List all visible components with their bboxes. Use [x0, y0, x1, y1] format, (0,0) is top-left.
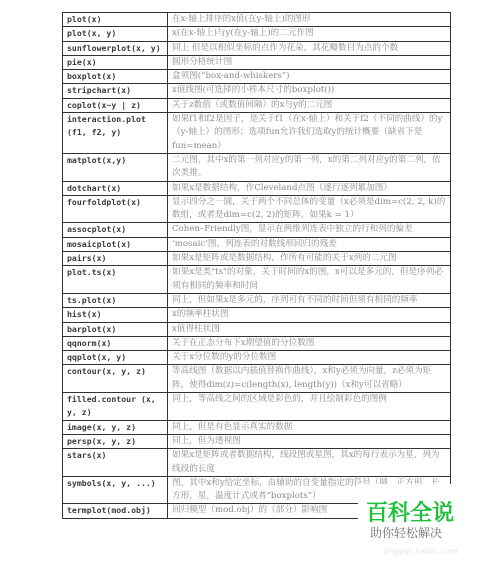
function-signature-cell: filled.contour (x, y, z) [63, 393, 168, 421]
table-row: dotchart(x)如果x是数据结构，作Cleveland点图（逐行逐列累加图… [63, 181, 451, 195]
table-row: boxplot(x)盒须图(“box-and-whiskers”) [63, 70, 451, 84]
function-signature-cell: persp(x, y, z) [63, 434, 168, 448]
function-signature-cell: boxplot(x) [63, 70, 168, 84]
watermark-title: 百科全说 [366, 496, 454, 527]
function-description-cell: 如果x是数据结构，作Cleveland点图（逐行逐列累加图） [168, 181, 451, 195]
function-signature-cell: termplot(mod.obj) [63, 504, 168, 518]
function-description-cell: 显示四分之一圆，关于两个不同总体的变量（x必须是dim=c(2, 2, k)的数… [168, 195, 451, 223]
table-row: interaction.plot (f1, f2, y)如果f1和f2是因子，是… [63, 113, 451, 154]
function-signature-cell: stripchart(x) [63, 84, 168, 98]
function-description-cell: 关于z数值（或数值间隔）的x与y的二元图 [168, 98, 451, 112]
function-signature-cell: plot.ts(x) [63, 266, 168, 294]
table-row: plot(x)在x-轴上排序的x值(在y-轴上)的图形 [63, 13, 451, 27]
table-row: matplot(x,y)二元图，其中x的第一列对应y的第一列，x的第二列对应y的… [63, 153, 451, 181]
function-signature-cell: plot(x) [63, 13, 168, 27]
function-signature-cell: ts.plot(x) [63, 293, 168, 307]
function-description-cell: Cohen–Friendly图，显示在两维列连表中独立的行和列的偏差 [168, 223, 451, 237]
function-signature-cell: stars(x) [63, 449, 168, 477]
function-description-cell: ‘mosaic’图，列连表的对数线形回归的残差 [168, 237, 451, 251]
table-row: barplot(x)x值得柱状图 [63, 322, 451, 336]
function-description-cell: 如果x是矩阵或是数据结构，作所有可能的关于x列的二元图 [168, 252, 451, 266]
function-description-cell: 同上，但如果x是多元的，序列可有不同的时间但须有相同的频率 [168, 293, 451, 307]
watermark-subtitle: 助你轻松解决 [370, 524, 442, 541]
function-signature-cell: sunflowerplot(x, y) [63, 41, 168, 55]
function-description-cell: 如果x是类"ts"的对象，关于时间的x的图，x可以是多元的，但是序列必须有相同的… [168, 266, 451, 294]
function-signature-cell: matplot(x,y) [63, 153, 168, 181]
function-description-cell: 等高线图（数据以内插值替换作曲线），x和y必须为向量，z必须为矩阵，使得dim(… [168, 365, 451, 393]
function-signature-cell: pie(x) [63, 55, 168, 69]
function-description-cell: 同上，但为透视图 [168, 434, 451, 448]
function-signature-cell: barplot(x) [63, 322, 168, 336]
table-row: qqplot(x, y)关于x分位数的y的分位数图 [63, 351, 451, 365]
function-signature-cell: pairs(x) [63, 252, 168, 266]
function-description-cell: x值线图(可选择的小样本尺寸的boxplot()) [168, 84, 451, 98]
function-description-cell: 如果f1和f2是因子，是关于f1（在x-轴上）和关于f2（不同的曲线）的y（y-… [168, 113, 451, 154]
watermark-url: jingyan.baidu.com [384, 547, 458, 556]
function-description-cell: 同上，等高线之间的区域是彩色的，并且绘制彩色的图例 [168, 393, 451, 421]
table-row: pairs(x)如果x是矩阵或是数据结构，作所有可能的关于x列的二元图 [63, 252, 451, 266]
function-signature-cell: interaction.plot (f1, f2, y) [63, 113, 168, 154]
function-signature-cell: contour(x, y, z) [63, 365, 168, 393]
table-row: plot.ts(x)如果x是类"ts"的对象，关于时间的x的图，x可以是多元的，… [63, 266, 451, 294]
function-description-cell: x(在x-轴上)与y(在y-轴上)的二元作图 [168, 27, 451, 41]
function-description-cell: 二元图，其中x的第一列对应y的第一列，x的第二列对应y的第二列，依次类推。 [168, 153, 451, 181]
table-row: assocplot(x)Cohen–Friendly图，显示在两维列连表中独立的… [63, 223, 451, 237]
table-row: contour(x, y, z)等高线图（数据以内插值替换作曲线），x和y必须为… [63, 365, 451, 393]
function-signature-cell: hist(x) [63, 308, 168, 322]
table-body: plot(x)在x-轴上排序的x值(在y-轴上)的图形plot(x, y)x(在… [63, 13, 451, 519]
table-row: fourfoldplot(x)显示四分之一圆，关于两个不同总体的变量（x必须是d… [63, 195, 451, 223]
function-description-cell: 关于在正态分布下x期望值的分位数图 [168, 336, 451, 350]
function-description-cell: 关于x分位数的y的分位数图 [168, 351, 451, 365]
function-signature-cell: qqplot(x, y) [63, 351, 168, 365]
function-signature-cell: dotchart(x) [63, 181, 168, 195]
table-row: pie(x)圆形分格统计图 [63, 55, 451, 69]
table-row: image(x, y, z)同上，但是有色显示真实的数据 [63, 420, 451, 434]
function-signature-cell: symbols(x, y, ...) [63, 476, 168, 504]
function-description-cell: 同上，但是有色显示真实的数据 [168, 420, 451, 434]
table-row: plot(x, y)x(在x-轴上)与y(在y-轴上)的二元作图 [63, 27, 451, 41]
table-row: mosaicplot(x)‘mosaic’图，列连表的对数线形回归的残差 [63, 237, 451, 251]
table-row: sunflowerplot(x, y)同上 但是以相似坐标的点作为花朵，其花瓣数… [63, 41, 451, 55]
r-plot-functions-table: plot(x)在x-轴上排序的x值(在y-轴上)的图形plot(x, y)x(在… [62, 12, 451, 519]
function-description-cell: 在x-轴上排序的x值(在y-轴上)的图形 [168, 13, 451, 27]
table-row: persp(x, y, z)同上，但为透视图 [63, 434, 451, 448]
function-description-cell: 盒须图(“box-and-whiskers”) [168, 70, 451, 84]
table-row: coplot(x~y | z)关于z数值（或数值间隔）的x与y的二元图 [63, 98, 451, 112]
function-description-cell: 如果x是矩阵或者数据结构，线段图或星图，其x的每行表示为星，列为线段的长度 [168, 449, 451, 477]
function-signature-cell: qqnorm(x) [63, 336, 168, 350]
function-description-cell: 圆形分格统计图 [168, 55, 451, 69]
function-description-cell: x的频率柱状图 [168, 308, 451, 322]
table-row: ts.plot(x)同上，但如果x是多元的，序列可有不同的时间但须有相同的频率 [63, 293, 451, 307]
function-signature-cell: mosaicplot(x) [63, 237, 168, 251]
function-signature-cell: assocplot(x) [63, 223, 168, 237]
function-description-cell: 同上 但是以相似坐标的点作为花朵，其花瓣数目为点的个数 [168, 41, 451, 55]
function-signature-cell: image(x, y, z) [63, 420, 168, 434]
table-row: filled.contour (x, y, z)同上，等高线之间的区域是彩色的，… [63, 393, 451, 421]
watermark-overlay: 百科全说 助你轻松解决 [358, 484, 466, 546]
function-signature-cell: fourfoldplot(x) [63, 195, 168, 223]
table-row: stripchart(x)x值线图(可选择的小样本尺寸的boxplot()) [63, 84, 451, 98]
table-row: hist(x)x的频率柱状图 [63, 308, 451, 322]
function-signature-cell: coplot(x~y | z) [63, 98, 168, 112]
table-row: stars(x)如果x是矩阵或者数据结构，线段图或星图，其x的每行表示为星，列为… [63, 449, 451, 477]
r-plot-functions-table-container: plot(x)在x-轴上排序的x值(在y-轴上)的图形plot(x, y)x(在… [62, 12, 451, 519]
table-row: qqnorm(x)关于在正态分布下x期望值的分位数图 [63, 336, 451, 350]
function-signature-cell: plot(x, y) [63, 27, 168, 41]
function-description-cell: x值得柱状图 [168, 322, 451, 336]
